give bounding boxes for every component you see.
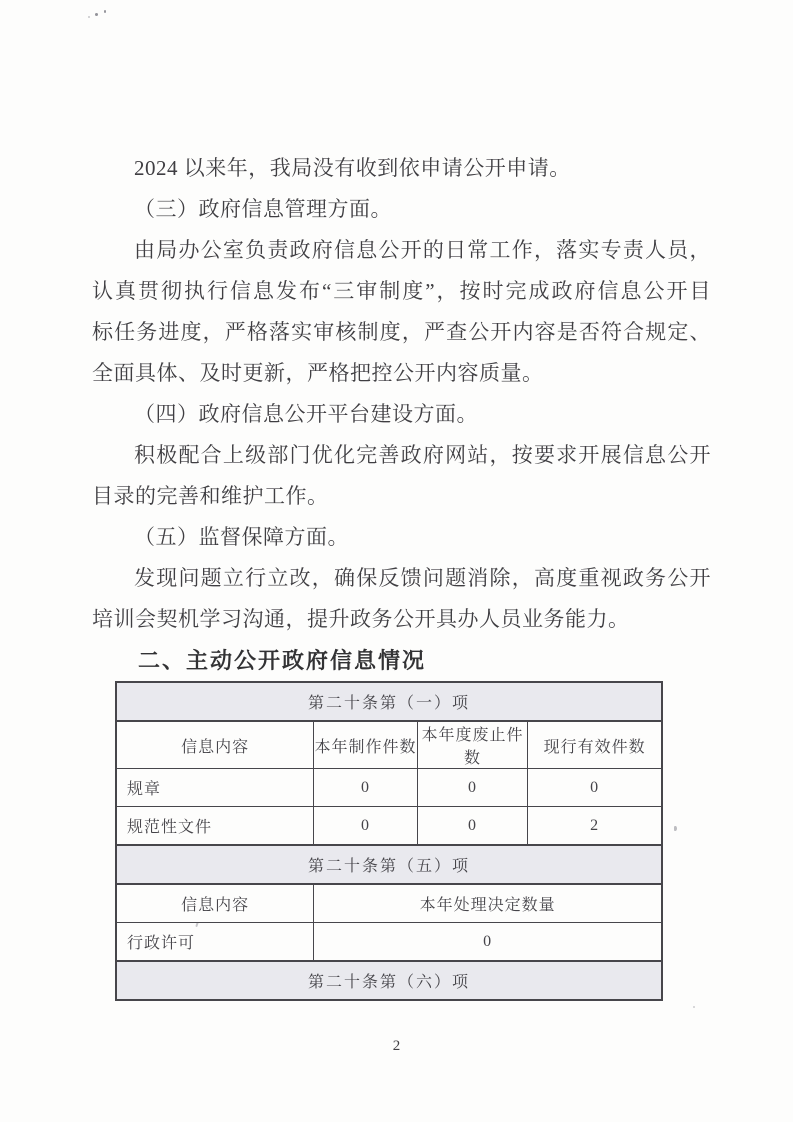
table-row: 第二十条第（六）项 — [116, 961, 662, 1000]
table-row: 第二十条第（五）项 — [116, 845, 662, 884]
table-column-header: 本年制作件数 — [314, 721, 418, 769]
table-row-label: 规章 — [116, 769, 314, 807]
table-band-title: 第二十条第（六）项 — [116, 961, 662, 1000]
body-line: 积极配合上级部门优化完善政府网站，按要求开展信息公开 — [92, 435, 711, 476]
table-cell-value: 0 — [417, 769, 527, 807]
body-line: 由局办公室负责政府信息公开的日常工作，落实专责人员， — [92, 230, 711, 271]
section-heading: 二、主动公开政府信息情况 — [138, 646, 426, 676]
body-line: 2024 以来年，我局没有收到依申请公开申请。 — [92, 148, 711, 189]
table-row: 规范性文件002 — [116, 807, 662, 846]
table-row-label: 行政许可 — [116, 923, 314, 962]
table-row: 规章000 — [116, 769, 662, 807]
table-column-header: 信息内容 — [116, 721, 314, 769]
body-text: 2024 以来年，我局没有收到依申请公开申请。（三）政府信息管理方面。由局办公室… — [92, 148, 711, 640]
body-line: （三）政府信息管理方面。 — [92, 189, 711, 230]
body-line: （五）监督保障方面。 — [92, 517, 711, 558]
scan-speck — [104, 10, 106, 13]
table-band-title: 第二十条第（五）项 — [116, 845, 662, 884]
table-cell-value: 0 — [314, 769, 418, 807]
disclosure-table: 第二十条第（一）项信息内容本年制作件数本年度废止件数现行有效件数规章000规范性… — [115, 681, 663, 1001]
table-row-label: 规范性文件 — [116, 807, 314, 846]
table-cell-value: 0 — [417, 807, 527, 846]
scan-speck — [95, 13, 98, 16]
table-row: 信息内容本年处理决定数量 — [116, 884, 662, 923]
table-cell-value: 0 — [314, 807, 418, 846]
table-column-header: 本年处理决定数量 — [314, 884, 662, 923]
info-table-wrap: 第二十条第（一）项信息内容本年制作件数本年度废止件数现行有效件数规章000规范性… — [115, 681, 663, 1001]
table-cell-value: 0 — [528, 769, 662, 807]
table-row: 第二十条第（一）项 — [116, 682, 662, 721]
body-line: （四）政府信息公开平台建设方面。 — [92, 394, 711, 435]
scan-speck — [674, 826, 677, 831]
body-line: 发现问题立行立改，确保反馈问题消除，高度重视政务公开 — [92, 558, 711, 599]
table-cell-value: 2 — [528, 807, 662, 846]
scan-speck — [693, 1006, 695, 1008]
table-column-header: 现行有效件数 — [528, 721, 662, 769]
document-page: 2024 以来年，我局没有收到依申请公开申请。（三）政府信息管理方面。由局办公室… — [0, 0, 793, 1122]
table-row: 信息内容本年制作件数本年度废止件数现行有效件数 — [116, 721, 662, 769]
body-line: 标任务进度，严格落实审核制度，严查公开内容是否符合规定、 — [92, 312, 711, 353]
table-band-title: 第二十条第（一）项 — [116, 682, 662, 721]
table-row: 行政许可0 — [116, 923, 662, 962]
body-line: 目录的完善和维护工作。 — [92, 476, 711, 517]
table-cell-value: 0 — [314, 923, 662, 962]
scan-speck — [88, 16, 90, 18]
body-line: 认真贯彻执行信息发布“三审制度”，按时完成政府信息公开目 — [92, 271, 711, 312]
body-line: 全面具体、及时更新，严格把控公开内容质量。 — [92, 353, 711, 394]
body-line: 培训会契机学习沟通，提升政务公开具办人员业务能力。 — [92, 599, 711, 640]
table-column-header: 本年度废止件数 — [417, 721, 527, 769]
table-column-header: 信息内容 — [116, 884, 314, 923]
page-number: 2 — [0, 1038, 793, 1055]
